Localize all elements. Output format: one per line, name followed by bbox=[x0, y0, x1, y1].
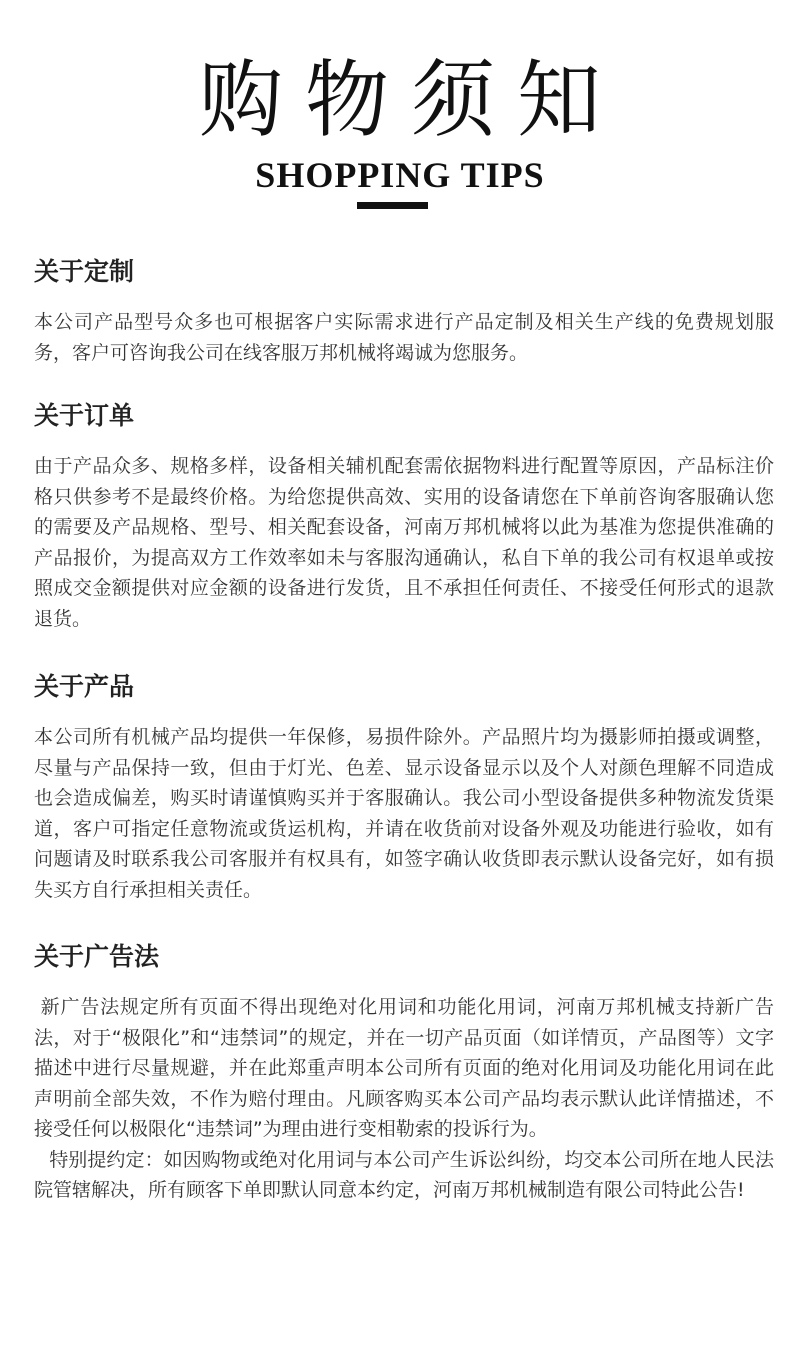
section-paragraph: 由于产品众多、规格多样，设备相关辅机配套需依据物料进行配置等原因，产品标注价格只… bbox=[34, 451, 774, 634]
section-heading: 关于产品 bbox=[34, 672, 774, 702]
title-divider bbox=[357, 202, 428, 209]
section-orders: 关于订单 由于产品众多、规格多样，设备相关辅机配套需依据物料进行配置等原因，产品… bbox=[34, 401, 774, 634]
section-customization: 关于定制 本公司产品型号众多也可根据客户实际需求进行产品定制及相关生产线的免费规… bbox=[34, 257, 774, 368]
section-advertising-law: 关于广告法 新广告法规定所有页面不得出现绝对化用词和功能化用词，河南万邦机械支持… bbox=[34, 942, 774, 1206]
section-heading: 关于广告法 bbox=[34, 942, 774, 972]
section-paragraph: 新广告法规定所有页面不得出现绝对化用词和功能化用词，河南万邦机械支持新广告法，对… bbox=[34, 992, 774, 1145]
section-paragraph-special-agreement: 特别提约定：如因购物或绝对化用词与本公司产生诉讼纠纷，均交本公司所在地人民法院管… bbox=[34, 1145, 774, 1206]
section-paragraph: 本公司产品型号众多也可根据客户实际需求进行产品定制及相关生产线的免费规划服务，客… bbox=[34, 307, 774, 368]
page-title-cn: 购物须知 bbox=[0, 52, 800, 148]
section-paragraph: 本公司所有机械产品均提供一年保修，易损件除外。产品照片均为摄影师拍摄或调整，尽量… bbox=[34, 722, 774, 905]
section-products: 关于产品 本公司所有机械产品均提供一年保修，易损件除外。产品照片均为摄影师拍摄或… bbox=[34, 672, 774, 905]
page-title-en: SHOPPING TIPS bbox=[0, 153, 800, 197]
section-heading: 关于订单 bbox=[34, 401, 774, 431]
section-heading: 关于定制 bbox=[34, 257, 774, 287]
